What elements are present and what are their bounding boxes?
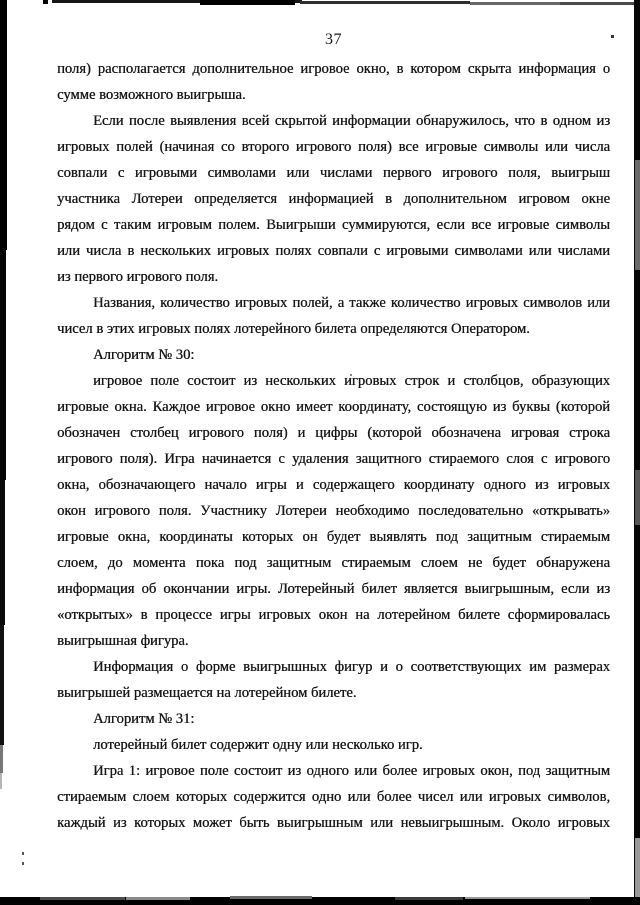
text-line: Информация о форме выигрышных фигур и о … [57,654,610,680]
text-line: рядом с таким игровым полем. Выигрыши су… [57,212,610,238]
text-line: «открытых» в процессе игры игровых окон … [57,602,610,628]
scan-artifact-bottom-bar [40,897,125,900]
scan-artifact-speck [22,852,24,855]
text-line: сумме возможного выигрыша. [57,82,610,108]
text-line: игровые окна. Каждое игровое окно имеет … [57,394,610,420]
text-line: окна, обозначающего начало игры и содерж… [57,472,610,498]
text-line: стираемым слоем которых содержится одно … [57,784,610,810]
scan-artifact-left-bar [0,480,5,625]
text-line: совпали с игровыми символами или числами… [57,160,610,186]
scan-artifact-right-bar [635,838,640,905]
scan-artifact-bottom-bar [395,897,463,900]
scan-artifact-left-bar [0,250,6,480]
scan-artifact-top-line [43,0,48,4]
scan-artifact-top-line [200,0,295,5]
text-line: из первого игрового поля. [57,264,610,290]
scan-artifact-bottom-bar [230,896,312,899]
text-line: игровых полей (начиная со второго игрово… [57,134,610,160]
text-line: игровые окна, координаты которых он буде… [57,524,610,550]
scan-artifact-bottom-bar [126,897,190,900]
scanned-page: 37 поля) располагается дополнительное иг… [0,0,640,905]
scan-artifact-top-line [300,1,470,4]
text-line: Названия, количество игровых полей, а та… [57,290,610,316]
text-line: лотерейный билет содержит одну или неско… [57,732,610,758]
text-line: слоем, до момента пока под защитным стир… [57,550,610,576]
text-line: участника Лотереи определяется информаци… [57,186,610,212]
text-line: каждый из которых может быть выигрышным … [57,810,610,836]
text-line: выигрышная фигура. [57,628,610,654]
document-body: поля) располагается дополнительное игров… [57,56,610,836]
text-line: информация об окончании игры. Лотерейный… [57,576,610,602]
scan-artifact-left-bar [0,745,3,773]
scan-artifact-top-line [560,2,640,5]
scan-artifact-right-bar [635,470,640,525]
text-line: Если после выявления всей скрытой информ… [57,108,610,134]
scan-artifact-right-bar [634,0,640,905]
text-line: поля) располагается дополнительное игров… [57,56,610,82]
text-line: или числа в нескольких игровых полях сов… [57,238,610,264]
text-line: игровое поле состоит из нескольких игров… [57,368,610,394]
page-number: 37 [57,31,610,49]
scan-artifact-left-bar [0,0,7,250]
scan-artifact-bottom-bar [465,897,590,899]
text-line: окон игрового поля. Участнику Лотереи не… [57,498,610,524]
scan-artifact-speck [611,35,614,38]
scan-artifact-speck [22,862,24,865]
text-line: обозначен столбец игрового поля) и цифры… [57,420,610,446]
text-line: Алгоритм № 31: [57,706,610,732]
scan-artifact-left-bar [0,625,4,745]
scan-artifact-top-line [470,2,565,5]
scan-artifact-left-bar [0,773,2,789]
text-line: Игра 1: игровое поле состоит из одного и… [57,758,610,784]
text-line: Алгоритм № 30: [57,342,610,368]
text-line: выигрышей размещается на лотерейном биле… [57,680,610,706]
scan-artifact-right-bar [635,160,640,270]
text-line: чисел в этих игровых полях лотерейного б… [57,316,610,342]
text-line: игрового поля). Игра начинается с удален… [57,446,610,472]
